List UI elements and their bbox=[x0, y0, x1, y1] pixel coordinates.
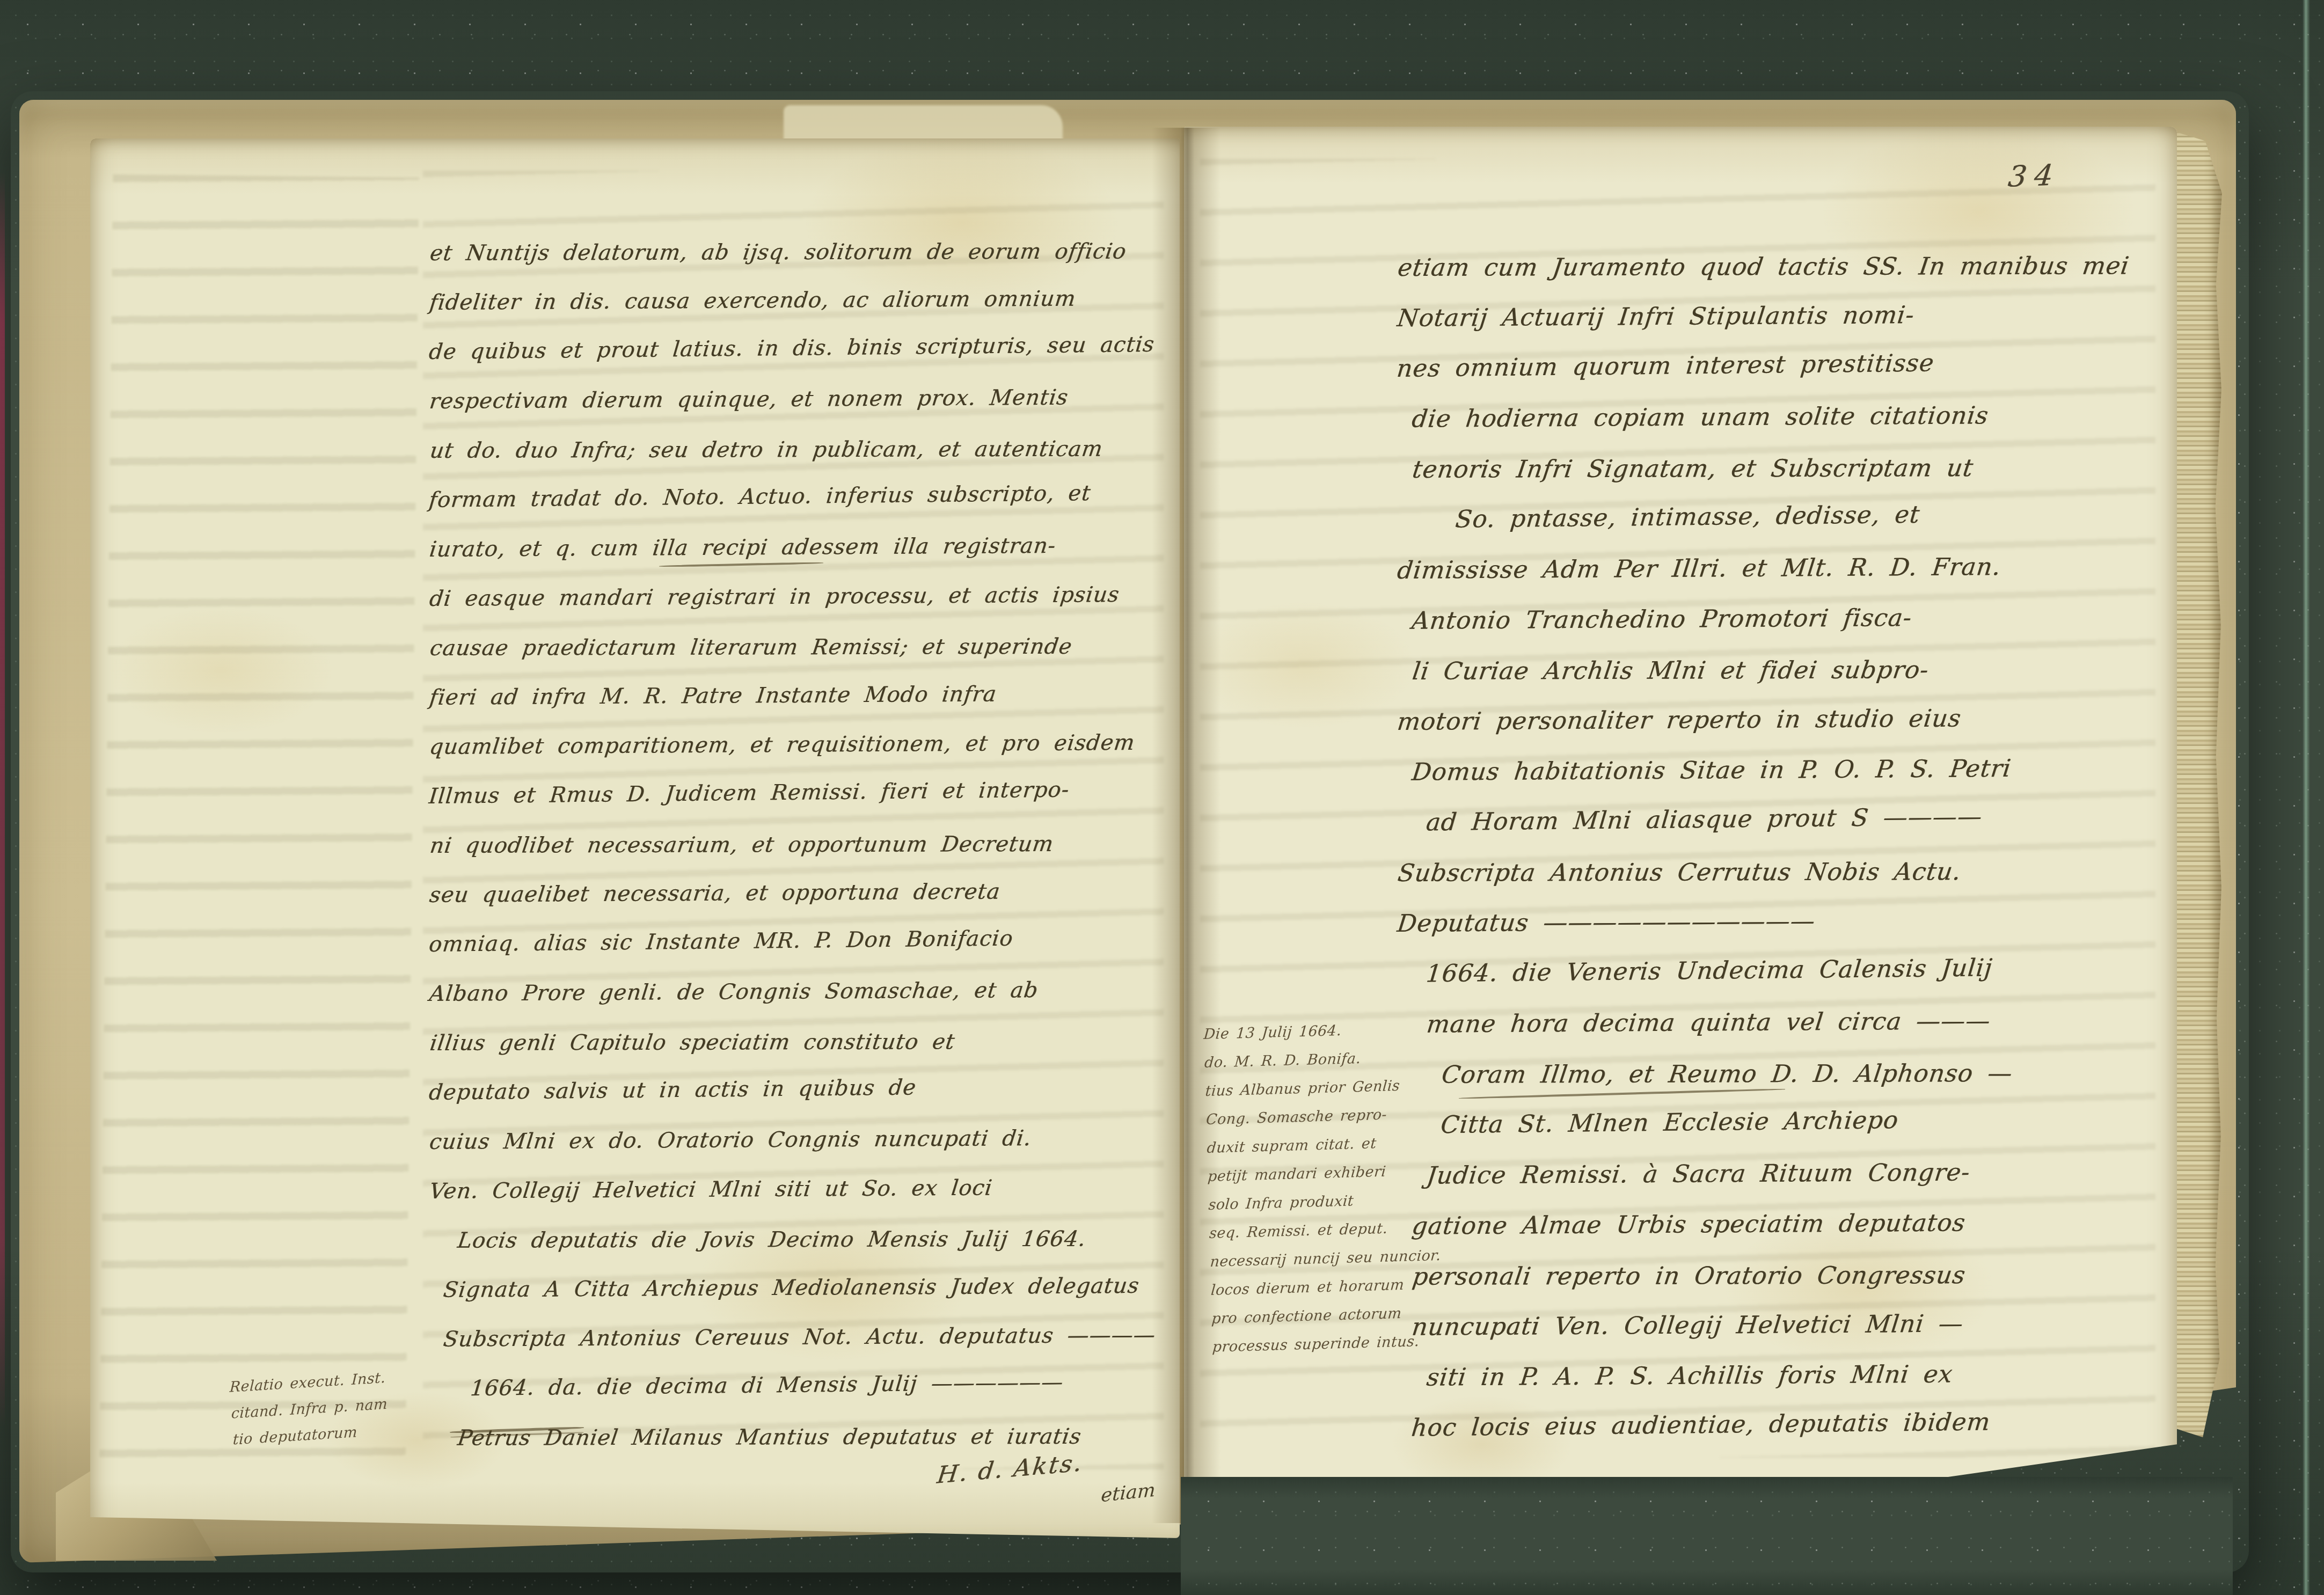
folio-number: 34 bbox=[2006, 158, 2062, 193]
left-margin-note: Relatio execut. Inst.citand. Infra p. na… bbox=[228, 1360, 457, 1453]
left-page-bleedthrough bbox=[99, 174, 419, 1466]
right-margin-note: Die 13 Julij 1664.do. M. R. D. Bonifa.ti… bbox=[1202, 1015, 1405, 1362]
left-edge-color-sliver bbox=[0, 172, 5, 1428]
glass-edge-line bbox=[2303, 0, 2310, 1595]
manuscript-photo: et Nuntijs delatorum, ab ijsq. solitorum… bbox=[0, 0, 2324, 1595]
left-page-text: et Nuntijs delatorum, ab ijsq. solitorum… bbox=[427, 229, 1200, 1463]
right-page-text: etiam cum Juramento quod tactis SS. In m… bbox=[1394, 243, 2199, 1453]
background-patch-bottom-right bbox=[1181, 1477, 2233, 1595]
